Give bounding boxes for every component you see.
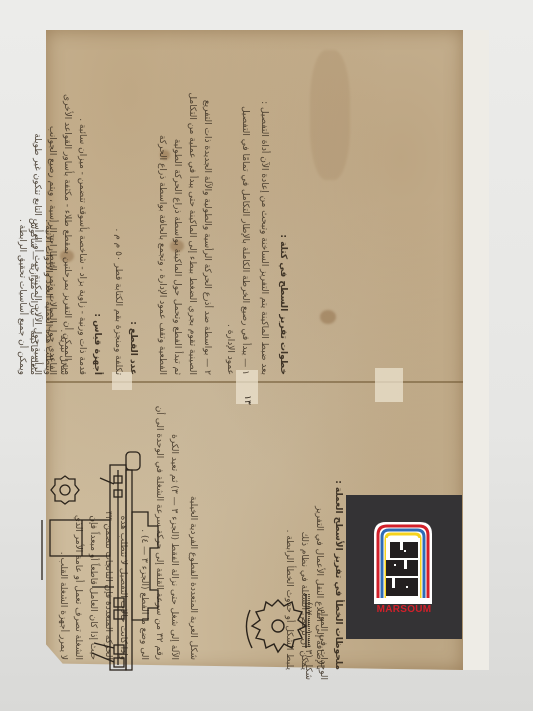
text-line: بعد ضبط الماكينة يتم التفريز الساخنة وتب… [256, 85, 271, 375]
section-heading: خطوات تفريز السطح في كتلة : [275, 85, 290, 375]
text-line: الفطعية وتقف عمود الإدارة ، وتجمع بالحاف… [154, 85, 169, 375]
gear-cutter-icon [51, 476, 79, 504]
stain [320, 310, 336, 324]
milling-machine-drawing [30, 440, 170, 675]
text-block-top-right: خطوات تفريز السطح في كتلة : بعد ضبط الما… [154, 85, 290, 375]
text-line: ويمكن أن جميع أساسيات تحقيق الرابطة . [14, 85, 29, 375]
circular-saw-drawing [240, 590, 320, 670]
text-line: من الممكن أن التفريز بمرحلتين بمقطع طلاء… [59, 85, 74, 375]
text-line: الفاعدي حول الصالات وتمر القطارات الرأسي… [44, 85, 59, 375]
text-line: عمود الإدارة . [222, 85, 237, 375]
text-line: ٢ — بواسطة ضد أذرع الحركة الرأسية والطول… [199, 85, 214, 375]
text-line: الرأسية حول الآلات المكينة حيث أو الرأس … [29, 85, 44, 375]
text-line: تكلفة ومنجزة بقم الكتابة قطر ٥٠ م م . [110, 85, 125, 375]
figure-caption: شكل العربة المتعددة الفطوع الفردية الخيل… [185, 440, 200, 660]
section-heading: ملحوظات الخطأ في تفريز الأسطح العملة : [330, 440, 345, 670]
page-number: ١٣ [242, 395, 252, 405]
text-line: قدمة ذات ورنية - زاوية بزاد - شاخصة بأسو… [74, 85, 89, 375]
text-line: ١ — يبدأ في رصيع الخرطة الكاملة بالإطار … [237, 85, 252, 375]
section-heading: أجهزة قياس : [89, 85, 104, 375]
marsoum-wordmark: MARSOUM [346, 604, 462, 615]
tape-patch [375, 368, 403, 402]
text-line: الصينية تقوم بجري الضغط ببطء إلى الماكين… [184, 85, 199, 375]
section-heading: عدد القطع : [125, 85, 140, 375]
marsoum-watermark: MARSOUM [346, 495, 462, 639]
text-block-top-mid: عدد القطع : تكلفة ومنجزة بقم الكتابة قطر… [14, 85, 140, 375]
marsoum-logo-icon [370, 518, 436, 617]
stain [310, 50, 350, 180]
text-line: ثم تبدأ الفطع وتحمل حول الماكينة بواسطة … [169, 85, 184, 375]
